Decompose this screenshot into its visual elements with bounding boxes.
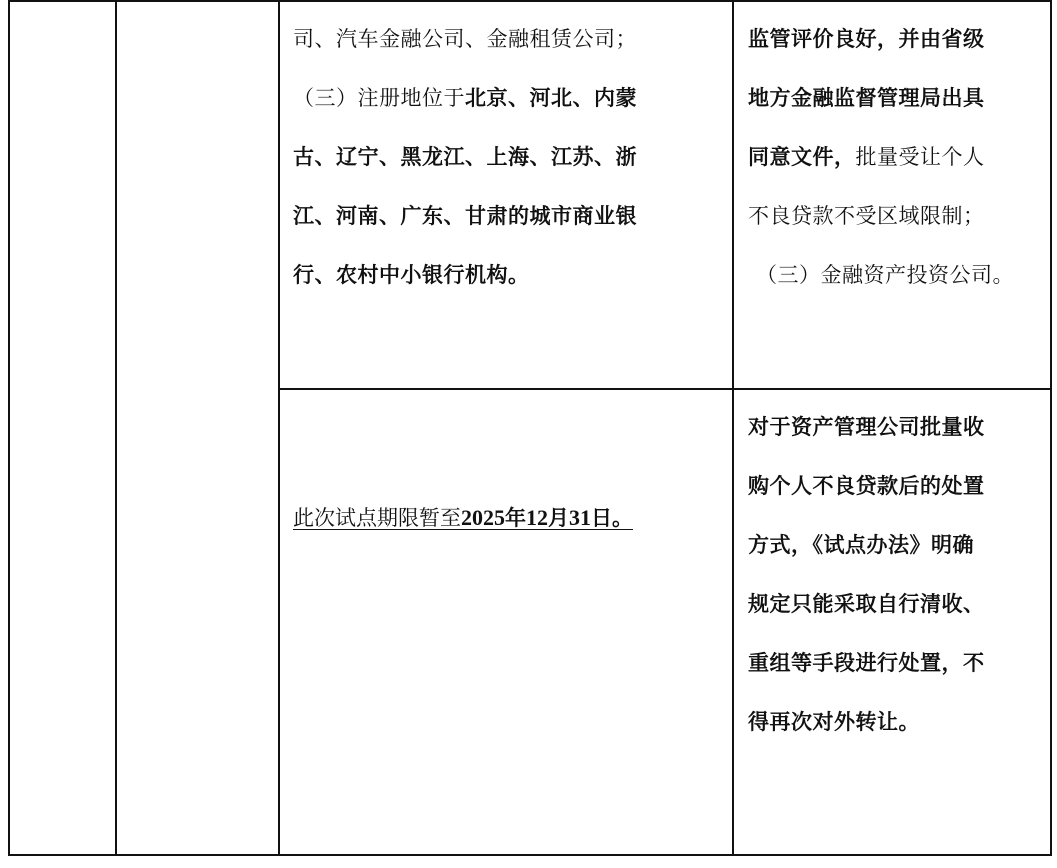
bold-text-line: 古、辽宁、黑龙江、上海、江苏、浙 xyxy=(293,128,722,187)
text-line: （三）金融资产投资公司。 xyxy=(748,246,1040,305)
text-segment: 此次试点期限暂至 xyxy=(293,506,461,530)
year-value: 2025 xyxy=(461,505,505,530)
bold-text-line: 购个人不良贷款后的处置 xyxy=(748,457,1040,516)
text-segment: 批量受让个人 xyxy=(856,145,985,169)
bold-text-line: 规定只能采取自行清收、 xyxy=(748,575,1040,634)
bold-text-line: 江、河南、广东、甘肃的城市商业银 xyxy=(293,187,722,246)
underlined-deadline: 此次试点期限暂至2025年12月31日。 xyxy=(293,506,633,530)
bold-text-line: 得再次对外转让。 xyxy=(748,693,1040,752)
day-unit: 日。 xyxy=(591,506,633,530)
text-line: 同意文件，批量受让个人 xyxy=(748,128,1040,187)
empty-cell-col1 xyxy=(9,1,116,855)
text-line: （三）注册地位于北京、河北、内蒙 xyxy=(293,69,722,128)
empty-cell-col2 xyxy=(116,1,279,855)
bold-text-line: 地方金融监督管理局出具 xyxy=(748,69,1040,128)
bold-text-line: 对于资产管理公司批量收 xyxy=(748,398,1040,457)
text-line: 司、汽车金融公司、金融租赁公司； xyxy=(293,10,722,69)
pilot-period-cell: 此次试点期限暂至2025年12月31日。 xyxy=(279,389,733,855)
year-unit: 年 xyxy=(505,506,526,530)
bold-text-line: 行、农村中小银行机构。 xyxy=(293,246,722,305)
bold-text-line: 方式，《试点办法》明确 xyxy=(748,516,1040,575)
text-segment: （三）注册地位于 xyxy=(293,86,465,110)
text-line: 不良贷款不受区域限制； xyxy=(748,187,1040,246)
bold-text-segment: 北京、河北、内蒙 xyxy=(465,86,637,110)
bold-text-line: 监管评价良好，并由省级 xyxy=(748,10,1040,69)
bold-text-segment: 同意文件， xyxy=(748,145,856,169)
table-row: 司、汽车金融公司、金融租赁公司； （三）注册地位于北京、河北、内蒙 古、辽宁、黑… xyxy=(9,1,1051,389)
month-value: 12 xyxy=(526,505,548,530)
disposal-method-cell: 对于资产管理公司批量收 购个人不良贷款后的处置 方式，《试点办法》明确 规定只能… xyxy=(733,389,1051,855)
transferee-scope-cell: 监管评价良好，并由省级 地方金融监督管理局出具 同意文件，批量受让个人 不良贷款… xyxy=(733,1,1051,389)
pilot-period-text: 此次试点期限暂至2025年12月31日。 xyxy=(293,503,633,533)
bold-text-line: 重组等手段进行处置，不 xyxy=(748,634,1040,693)
document-table: 司、汽车金融公司、金融租赁公司； （三）注册地位于北京、河北、内蒙 古、辽宁、黑… xyxy=(8,0,1052,856)
month-unit: 月 xyxy=(548,506,569,530)
eligible-institutions-cell: 司、汽车金融公司、金融租赁公司； （三）注册地位于北京、河北、内蒙 古、辽宁、黑… xyxy=(279,1,733,389)
day-value: 31 xyxy=(569,505,591,530)
